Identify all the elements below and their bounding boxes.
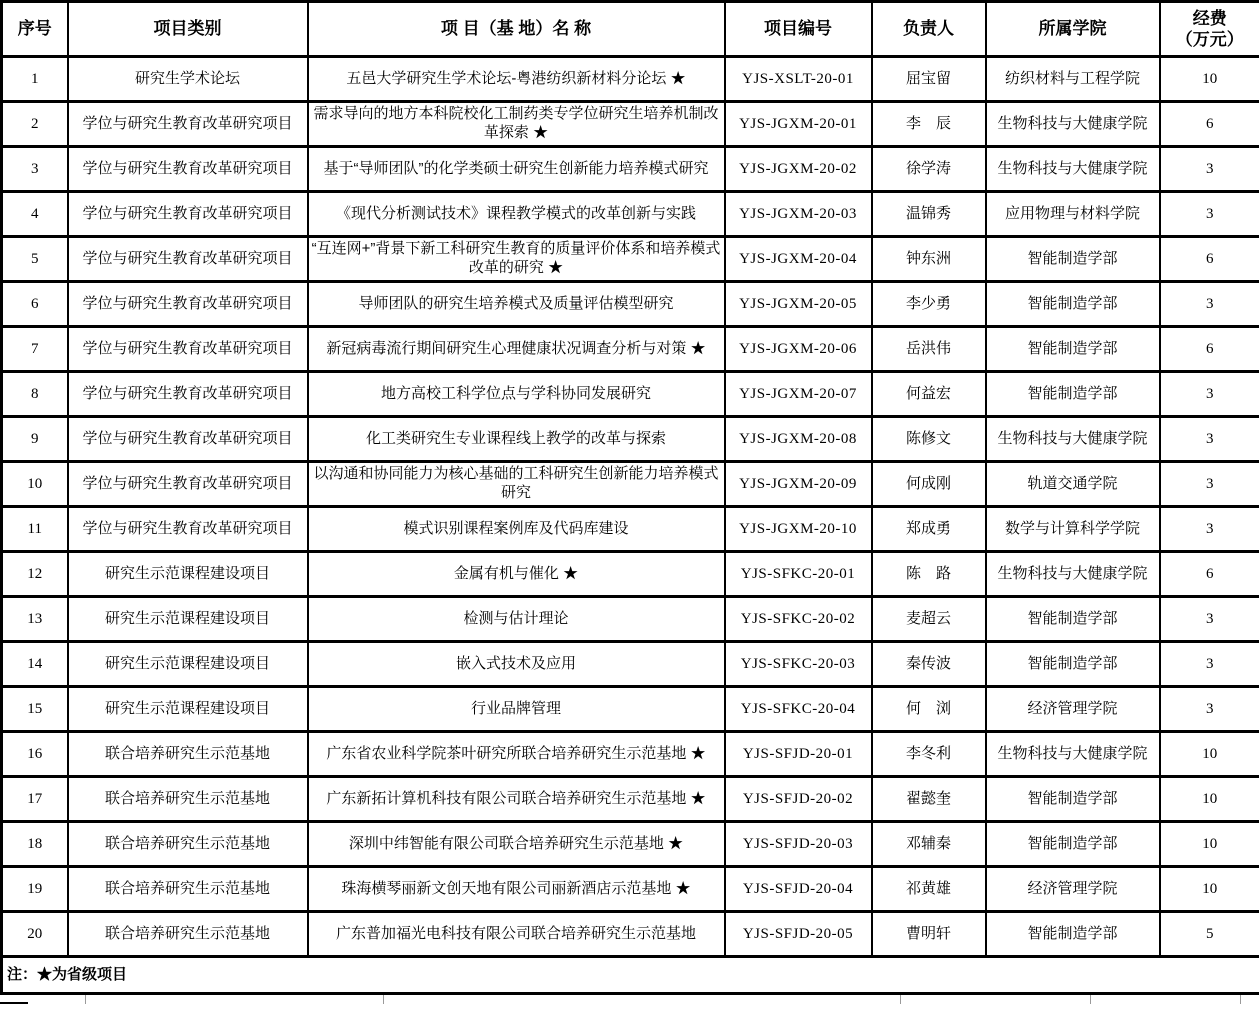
header-leader: 负责人 xyxy=(872,2,986,57)
header-college: 所属学院 xyxy=(986,2,1160,57)
cell-name: 检测与估计理论 xyxy=(308,597,725,642)
cell-leader: 邓辅秦 xyxy=(872,822,986,867)
cell-code: YJS-JGXM-20-04 xyxy=(725,237,872,282)
header-name: 项 目（基 地）名 称 xyxy=(308,2,725,57)
note-text: 注：★为省级项目 xyxy=(2,957,1259,994)
cell-college: 生物科技与大健康学院 xyxy=(986,102,1160,147)
cell-seq: 13 xyxy=(2,597,68,642)
cell-fund: 10 xyxy=(1160,777,1259,822)
cell-name: 以沟通和协同能力为核心基础的工科研究生创新能力培养模式研究 xyxy=(308,462,725,507)
cell-college: 应用物理与材料学院 xyxy=(986,192,1160,237)
cell-fund: 3 xyxy=(1160,642,1259,687)
table-row: 14研究生示范课程建设项目嵌入式技术及应用YJS-SFKC-20-03秦传波智能… xyxy=(2,642,1259,687)
cell-fund: 10 xyxy=(1160,57,1259,102)
table-row: 12研究生示范课程建设项目金属有机与催化 ★YJS-SFKC-20-01陈 路生… xyxy=(2,552,1259,597)
cell-name: 新冠病毒流行期间研究生心理健康状况调查分析与对策 ★ xyxy=(308,327,725,372)
cell-category: 学位与研究生教育改革研究项目 xyxy=(68,462,308,507)
cell-fund: 3 xyxy=(1160,372,1259,417)
table-row: 15研究生示范课程建设项目行业品牌管理YJS-SFKC-20-04何 浏经济管理… xyxy=(2,687,1259,732)
cell-leader: 曹明轩 xyxy=(872,912,986,957)
cell-code: YJS-SFJD-20-05 xyxy=(725,912,872,957)
cell-code: YJS-JGXM-20-05 xyxy=(725,282,872,327)
note-row: 注：★为省级项目 xyxy=(2,957,1259,994)
cell-leader: 何益宏 xyxy=(872,372,986,417)
cell-college: 智能制造学部 xyxy=(986,327,1160,372)
cell-college: 轨道交通学院 xyxy=(986,462,1160,507)
cell-college: 经济管理学院 xyxy=(986,867,1160,912)
cell-leader: 温锦秀 xyxy=(872,192,986,237)
table-row: 2学位与研究生教育改革研究项目需求导向的地方本科院校化工制药类专学位研究生培养机… xyxy=(2,102,1259,147)
cell-fund: 5 xyxy=(1160,912,1259,957)
header-row: 序号 项目类别 项 目（基 地）名 称 项目编号 负责人 所属学院 经费 （万元… xyxy=(2,2,1259,57)
cell-name: 基于“导师团队”的化学类硕士研究生创新能力培养模式研究 xyxy=(308,147,725,192)
cell-college: 纺织材料与工程学院 xyxy=(986,57,1160,102)
cell-seq: 20 xyxy=(2,912,68,957)
header-fund: 经费 （万元） xyxy=(1160,2,1259,57)
cell-category: 研究生示范课程建设项目 xyxy=(68,597,308,642)
cell-fund: 10 xyxy=(1160,822,1259,867)
cell-college: 智能制造学部 xyxy=(986,282,1160,327)
cell-leader: 陈修文 xyxy=(872,417,986,462)
cell-seq: 1 xyxy=(2,57,68,102)
cell-leader: 钟东洲 xyxy=(872,237,986,282)
cell-name: “互连网+”背景下新工科研究生教育的质量评价体系和培养模式改革的研究 ★ xyxy=(308,237,725,282)
cell-leader: 何成刚 xyxy=(872,462,986,507)
cell-category: 学位与研究生教育改革研究项目 xyxy=(68,417,308,462)
cell-category: 学位与研究生教育改革研究项目 xyxy=(68,102,308,147)
cell-category: 研究生示范课程建设项目 xyxy=(68,642,308,687)
cell-category: 学位与研究生教育改革研究项目 xyxy=(68,147,308,192)
cell-fund: 3 xyxy=(1160,282,1259,327)
cell-code: YJS-JGXM-20-03 xyxy=(725,192,872,237)
cell-seq: 12 xyxy=(2,552,68,597)
cell-name: 行业品牌管理 xyxy=(308,687,725,732)
cell-seq: 9 xyxy=(2,417,68,462)
cell-code: YJS-SFKC-20-01 xyxy=(725,552,872,597)
cell-fund: 3 xyxy=(1160,462,1259,507)
cell-category: 联合培养研究生示范基地 xyxy=(68,867,308,912)
cell-category: 学位与研究生教育改革研究项目 xyxy=(68,327,308,372)
table-header: 序号 项目类别 项 目（基 地）名 称 项目编号 负责人 所属学院 经费 （万元… xyxy=(2,2,1259,57)
cell-category: 学位与研究生教育改革研究项目 xyxy=(68,192,308,237)
cell-code: YJS-SFJD-20-03 xyxy=(725,822,872,867)
cell-college: 智能制造学部 xyxy=(986,642,1160,687)
cell-category: 联合培养研究生示范基地 xyxy=(68,777,308,822)
cell-fund: 10 xyxy=(1160,732,1259,777)
cell-seq: 6 xyxy=(2,282,68,327)
cell-college: 智能制造学部 xyxy=(986,597,1160,642)
table-row: 8学位与研究生教育改革研究项目地方高校工科学位点与学科协同发展研究YJS-JGX… xyxy=(2,372,1259,417)
cell-category: 学位与研究生教育改革研究项目 xyxy=(68,372,308,417)
cell-fund: 6 xyxy=(1160,237,1259,282)
cell-code: YJS-JGXM-20-08 xyxy=(725,417,872,462)
cell-seq: 10 xyxy=(2,462,68,507)
cell-leader: 陈 路 xyxy=(872,552,986,597)
table-row: 3学位与研究生教育改革研究项目基于“导师团队”的化学类硕士研究生创新能力培养模式… xyxy=(2,147,1259,192)
cell-name: 广东普加福光电科技有限公司联合培养研究生示范基地 xyxy=(308,912,725,957)
table-row: 7学位与研究生教育改革研究项目新冠病毒流行期间研究生心理健康状况调查分析与对策 … xyxy=(2,327,1259,372)
cell-code: YJS-SFJD-20-01 xyxy=(725,732,872,777)
table-row: 16联合培养研究生示范基地广东省农业科学院茶叶研究所联合培养研究生示范基地 ★Y… xyxy=(2,732,1259,777)
cell-code: YJS-JGXM-20-10 xyxy=(725,507,872,552)
cell-seq: 14 xyxy=(2,642,68,687)
cell-code: YJS-SFJD-20-02 xyxy=(725,777,872,822)
cell-seq: 16 xyxy=(2,732,68,777)
header-seq: 序号 xyxy=(2,2,68,57)
cell-leader: 郑成勇 xyxy=(872,507,986,552)
cell-leader: 李冬利 xyxy=(872,732,986,777)
cell-code: YJS-SFKC-20-04 xyxy=(725,687,872,732)
cell-name: 金属有机与催化 ★ xyxy=(308,552,725,597)
cell-name: 珠海横琴丽新文创天地有限公司丽新酒店示范基地 ★ xyxy=(308,867,725,912)
cell-leader: 秦传波 xyxy=(872,642,986,687)
cell-category: 研究生示范课程建设项目 xyxy=(68,687,308,732)
table-row: 4学位与研究生教育改革研究项目《现代分析测试技术》课程教学模式的改革创新与实践Y… xyxy=(2,192,1259,237)
header-category: 项目类别 xyxy=(68,2,308,57)
cell-college: 经济管理学院 xyxy=(986,687,1160,732)
cell-name: 化工类研究生专业课程线上教学的改革与探索 xyxy=(308,417,725,462)
cell-seq: 4 xyxy=(2,192,68,237)
cell-name: 广东省农业科学院茶叶研究所联合培养研究生示范基地 ★ xyxy=(308,732,725,777)
cell-college: 生物科技与大健康学院 xyxy=(986,417,1160,462)
cell-code: YJS-JGXM-20-02 xyxy=(725,147,872,192)
cell-seq: 11 xyxy=(2,507,68,552)
cell-code: YJS-SFKC-20-02 xyxy=(725,597,872,642)
table-row: 19联合培养研究生示范基地珠海横琴丽新文创天地有限公司丽新酒店示范基地 ★YJS… xyxy=(2,867,1259,912)
cell-name: 《现代分析测试技术》课程教学模式的改革创新与实践 xyxy=(308,192,725,237)
cell-name: 地方高校工科学位点与学科协同发展研究 xyxy=(308,372,725,417)
cell-code: YJS-JGXM-20-06 xyxy=(725,327,872,372)
cell-name: 嵌入式技术及应用 xyxy=(308,642,725,687)
cell-college: 智能制造学部 xyxy=(986,372,1160,417)
cell-name: 深圳中纬智能有限公司联合培养研究生示范基地 ★ xyxy=(308,822,725,867)
cell-name: 广东新拓计算机科技有限公司联合培养研究生示范基地 ★ xyxy=(308,777,725,822)
cell-leader: 李少勇 xyxy=(872,282,986,327)
cell-leader: 麦超云 xyxy=(872,597,986,642)
cell-leader: 何 浏 xyxy=(872,687,986,732)
cell-leader: 祁黄雄 xyxy=(872,867,986,912)
cell-leader: 岳洪伟 xyxy=(872,327,986,372)
cell-college: 智能制造学部 xyxy=(986,777,1160,822)
project-table: 序号 项目类别 项 目（基 地）名 称 项目编号 负责人 所属学院 经费 （万元… xyxy=(0,0,1259,995)
cell-category: 联合培养研究生示范基地 xyxy=(68,732,308,777)
cell-seq: 5 xyxy=(2,237,68,282)
cell-college: 生物科技与大健康学院 xyxy=(986,147,1160,192)
faint-gridline xyxy=(85,995,86,1004)
cell-college: 智能制造学部 xyxy=(986,912,1160,957)
cell-fund: 6 xyxy=(1160,552,1259,597)
cell-name: 需求导向的地方本科院校化工制药类专学位研究生培养机制改革探索 ★ xyxy=(308,102,725,147)
partial-cell-border xyxy=(0,1002,28,1004)
cell-leader: 李 辰 xyxy=(872,102,986,147)
cell-college: 智能制造学部 xyxy=(986,822,1160,867)
cell-fund: 6 xyxy=(1160,327,1259,372)
cell-seq: 2 xyxy=(2,102,68,147)
cell-college: 生物科技与大健康学院 xyxy=(986,732,1160,777)
cell-code: YJS-XSLT-20-01 xyxy=(725,57,872,102)
cell-code: YJS-JGXM-20-07 xyxy=(725,372,872,417)
cell-category: 学位与研究生教育改革研究项目 xyxy=(68,282,308,327)
table-row: 10学位与研究生教育改革研究项目以沟通和协同能力为核心基础的工科研究生创新能力培… xyxy=(2,462,1259,507)
cell-fund: 3 xyxy=(1160,192,1259,237)
cell-name: 模式识别课程案例库及代码库建设 xyxy=(308,507,725,552)
cell-leader: 屈宝留 xyxy=(872,57,986,102)
table-row: 9学位与研究生教育改革研究项目化工类研究生专业课程线上教学的改革与探索YJS-J… xyxy=(2,417,1259,462)
cell-category: 学位与研究生教育改革研究项目 xyxy=(68,237,308,282)
cell-category: 联合培养研究生示范基地 xyxy=(68,822,308,867)
cell-leader: 徐学涛 xyxy=(872,147,986,192)
cell-code: YJS-SFJD-20-04 xyxy=(725,867,872,912)
table-row: 5学位与研究生教育改革研究项目“互连网+”背景下新工科研究生教育的质量评价体系和… xyxy=(2,237,1259,282)
cell-leader: 翟懿奎 xyxy=(872,777,986,822)
table-row: 13研究生示范课程建设项目检测与估计理论YJS-SFKC-20-02麦超云智能制… xyxy=(2,597,1259,642)
cell-seq: 17 xyxy=(2,777,68,822)
table-body: 1研究生学术论坛五邑大学研究生学术论坛-粤港纺织新材料分论坛 ★YJS-XSLT… xyxy=(2,57,1259,957)
faint-gridline xyxy=(900,995,901,1004)
cell-code: YJS-SFKC-20-03 xyxy=(725,642,872,687)
table-footer: 注：★为省级项目 xyxy=(2,957,1259,994)
cell-name: 五邑大学研究生学术论坛-粤港纺织新材料分论坛 ★ xyxy=(308,57,725,102)
cell-seq: 3 xyxy=(2,147,68,192)
cell-category: 联合培养研究生示范基地 xyxy=(68,912,308,957)
next-row-sliver xyxy=(0,995,1259,1004)
cell-fund: 6 xyxy=(1160,102,1259,147)
cell-seq: 18 xyxy=(2,822,68,867)
table-row: 18联合培养研究生示范基地深圳中纬智能有限公司联合培养研究生示范基地 ★YJS-… xyxy=(2,822,1259,867)
cell-fund: 3 xyxy=(1160,507,1259,552)
faint-gridline xyxy=(1240,995,1241,1004)
cell-college: 数学与计算科学学院 xyxy=(986,507,1160,552)
cell-fund: 3 xyxy=(1160,597,1259,642)
table-row: 17联合培养研究生示范基地广东新拓计算机科技有限公司联合培养研究生示范基地 ★Y… xyxy=(2,777,1259,822)
cell-name: 导师团队的研究生培养模式及质量评估模型研究 xyxy=(308,282,725,327)
faint-gridline xyxy=(383,995,384,1004)
cell-college: 生物科技与大健康学院 xyxy=(986,552,1160,597)
cell-fund: 10 xyxy=(1160,867,1259,912)
cell-seq: 8 xyxy=(2,372,68,417)
cell-college: 智能制造学部 xyxy=(986,237,1160,282)
faint-gridline xyxy=(1090,995,1091,1004)
cell-code: YJS-JGXM-20-01 xyxy=(725,102,872,147)
cell-code: YJS-JGXM-20-09 xyxy=(725,462,872,507)
table-row: 20联合培养研究生示范基地广东普加福光电科技有限公司联合培养研究生示范基地YJS… xyxy=(2,912,1259,957)
table-row: 6学位与研究生教育改革研究项目导师团队的研究生培养模式及质量评估模型研究YJS-… xyxy=(2,282,1259,327)
cell-seq: 15 xyxy=(2,687,68,732)
cell-category: 研究生示范课程建设项目 xyxy=(68,552,308,597)
cell-fund: 3 xyxy=(1160,417,1259,462)
cell-fund: 3 xyxy=(1160,147,1259,192)
cell-seq: 7 xyxy=(2,327,68,372)
cell-category: 学位与研究生教育改革研究项目 xyxy=(68,507,308,552)
cell-category: 研究生学术论坛 xyxy=(68,57,308,102)
table-row: 11学位与研究生教育改革研究项目模式识别课程案例库及代码库建设YJS-JGXM-… xyxy=(2,507,1259,552)
table-row: 1研究生学术论坛五邑大学研究生学术论坛-粤港纺织新材料分论坛 ★YJS-XSLT… xyxy=(2,57,1259,102)
cell-seq: 19 xyxy=(2,867,68,912)
header-code: 项目编号 xyxy=(725,2,872,57)
cell-fund: 3 xyxy=(1160,687,1259,732)
